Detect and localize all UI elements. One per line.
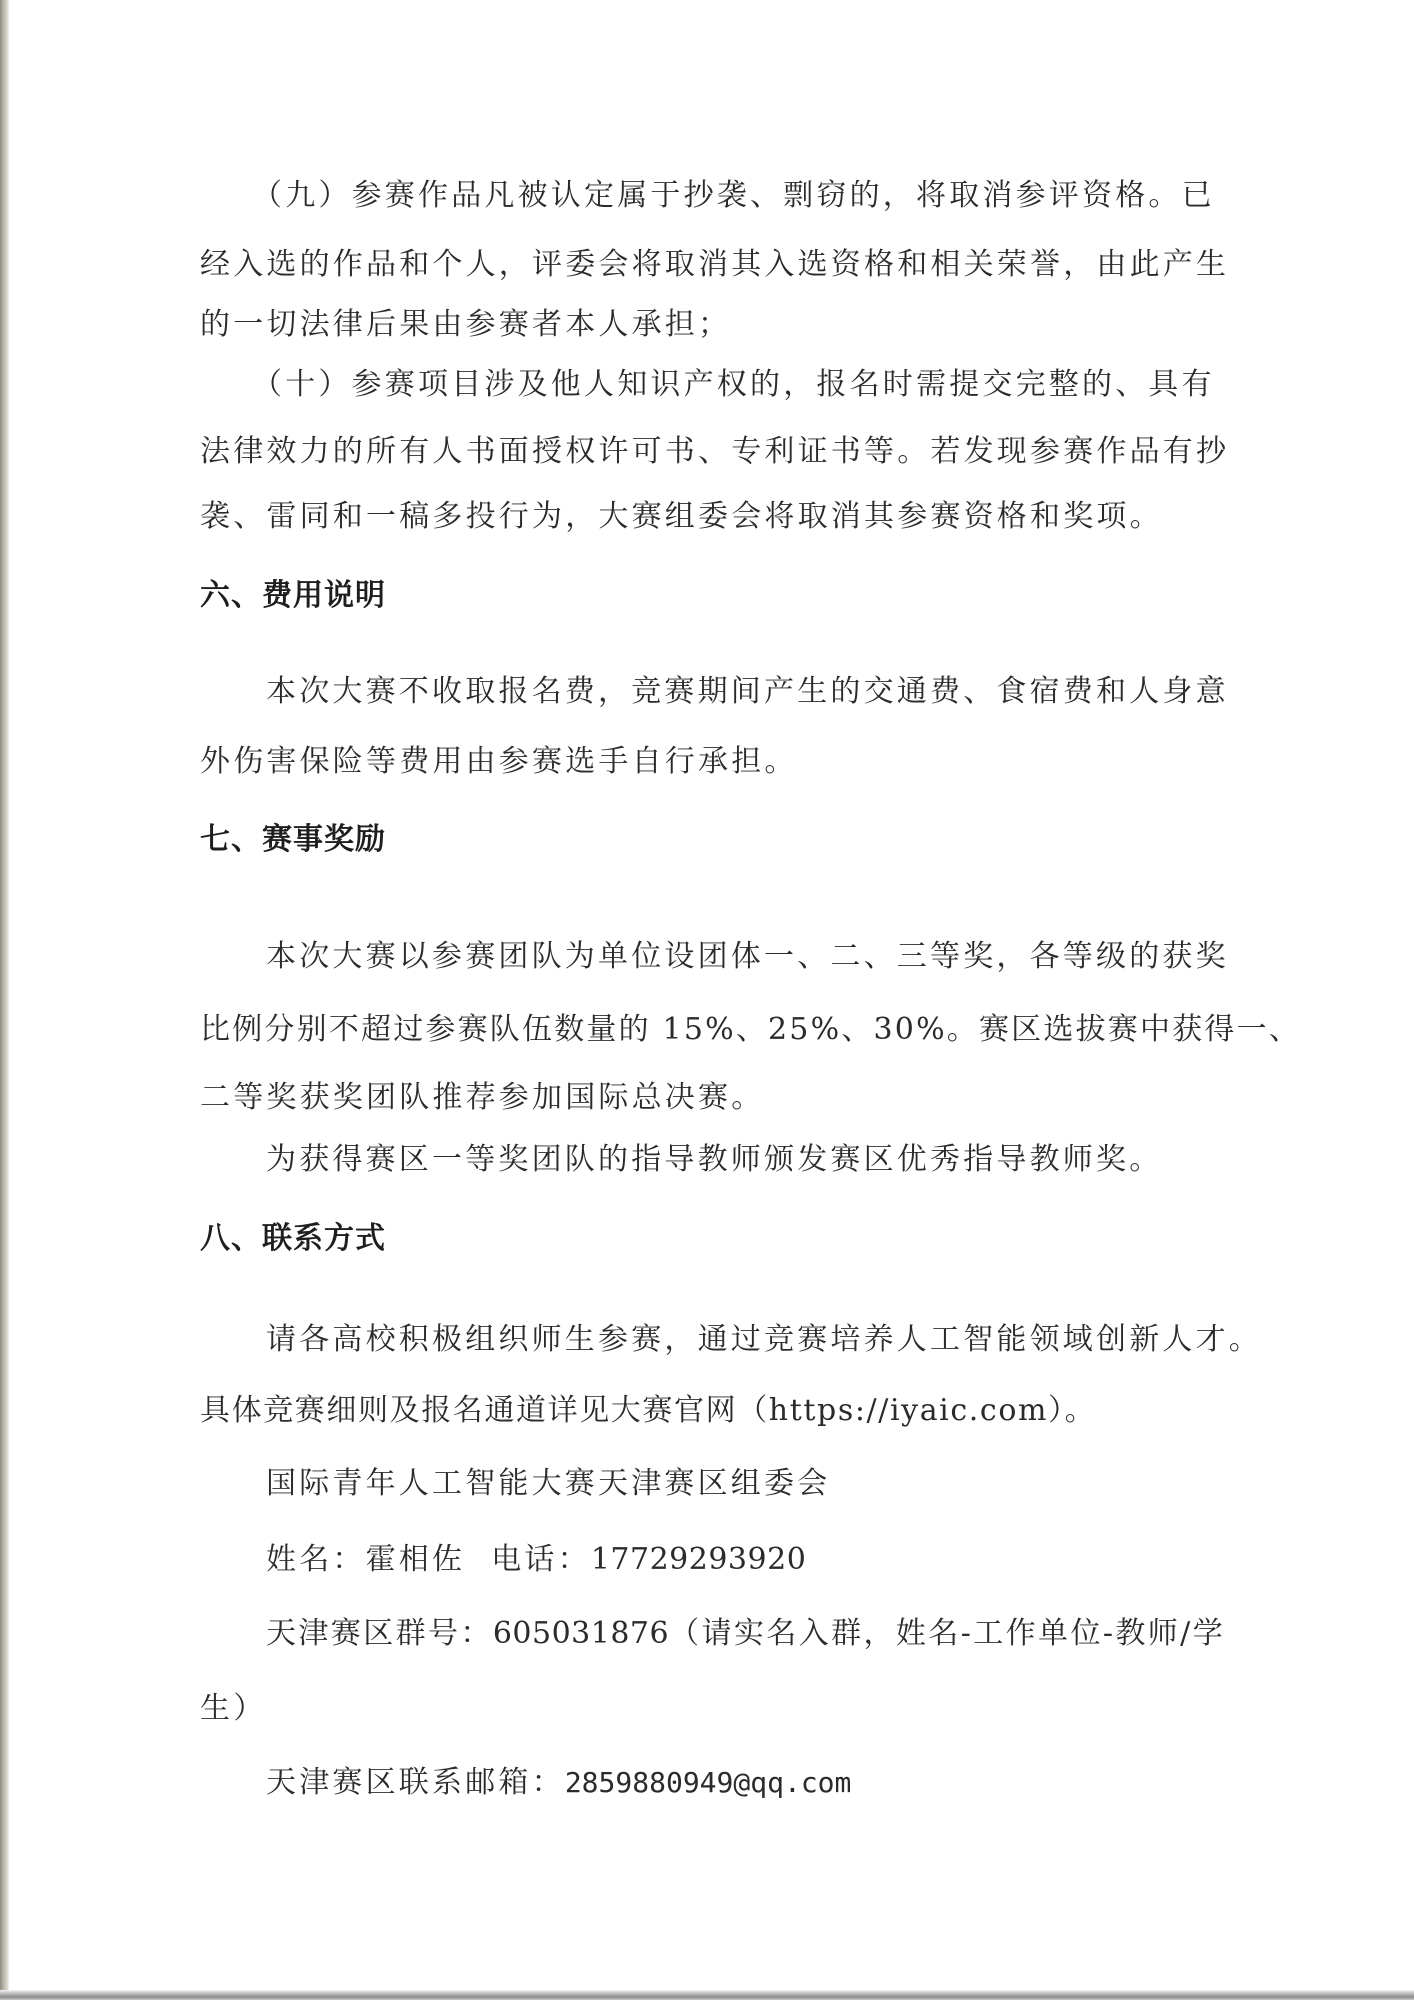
group-number: 605031876 <box>493 1616 669 1651</box>
group-note-line-2: 生） <box>200 1689 266 1729</box>
group-label: 天津赛区群号： <box>266 1616 493 1651</box>
contact-name-label: 姓名： <box>266 1542 366 1577</box>
section-6-line-1: 本次大赛不收取报名费，竞赛期间产生的交通费、食宿费和人身意 <box>266 672 1229 712</box>
section-8-line-2: 具体竞赛细则及报名通道详见大赛官网（https://iyaic.com）。 <box>200 1391 1096 1431</box>
section-8-line-1: 请各高校积极组织师生参赛，通过竞赛培养人工智能领域创新人才。 <box>266 1320 1262 1360</box>
group-line: 天津赛区群号：605031876（请实名入群，姓名-工作单位-教师/学 <box>266 1614 1225 1654</box>
email-line: 天津赛区联系邮箱：2859880949@qq.com <box>266 1763 851 1803</box>
section-8-heading: 八、联系方式 <box>200 1219 386 1259</box>
email-address[interactable]: 2859880949@qq.com <box>565 1766 852 1799</box>
contact-name: 霍相佐 <box>366 1542 466 1577</box>
section-7-line-2: 比例分别不超过参赛队伍数量的 15%、25%、30%。赛区选拔赛中获得一、 <box>200 1010 1301 1050</box>
contact-line: 姓名：霍相佐电话：17729293920 <box>266 1540 806 1580</box>
paragraph-9-line-3: 的一切法律后果由参赛者本人承担； <box>200 305 731 345</box>
paragraph-10-line-2: 法律效力的所有人书面授权许可书、专利证书等。若发现参赛作品有抄 <box>200 432 1229 472</box>
contact-phone: 17729293920 <box>591 1542 806 1577</box>
group-note: （请实名入群，姓名-工作单位-教师/学 <box>669 1616 1225 1651</box>
section-7-heading: 七、赛事奖励 <box>200 820 386 860</box>
paragraph-9-line-2: 经入选的作品和个人，评委会将取消其入选资格和相关荣誉，由此产生 <box>200 245 1229 285</box>
email-label: 天津赛区联系邮箱： <box>266 1765 565 1800</box>
scan-bottom-edge <box>0 1990 1414 2000</box>
contact-phone-label: 电话： <box>491 1542 591 1577</box>
section-7-line-1: 本次大赛以参赛团队为单位设团体一、二、三等奖，各等级的获奖 <box>266 937 1229 977</box>
section-6-line-2: 外伤害保险等费用由参赛选手自行承担。 <box>200 742 798 782</box>
paragraph-10-line-3: 袭、雷同和一稿多投行为，大赛组委会将取消其参赛资格和奖项。 <box>200 497 1163 537</box>
section-7-extra-line: 为获得赛区一等奖团队的指导教师颁发赛区优秀指导教师奖。 <box>266 1140 1162 1180</box>
organizer-name: 国际青年人工智能大赛天津赛区组委会 <box>266 1464 830 1504</box>
paragraph-9-line-1: （九）参赛作品凡被认定属于抄袭、剽窃的，将取消参评资格。已 <box>252 176 1215 216</box>
section-7-line-3: 二等奖获奖团队推荐参加国际总决赛。 <box>200 1078 764 1118</box>
section-6-heading: 六、费用说明 <box>200 576 386 616</box>
paragraph-10-line-1: （十）参赛项目涉及他人知识产权的，报名时需提交完整的、具有 <box>252 365 1215 405</box>
scan-left-edge <box>0 0 9 2000</box>
